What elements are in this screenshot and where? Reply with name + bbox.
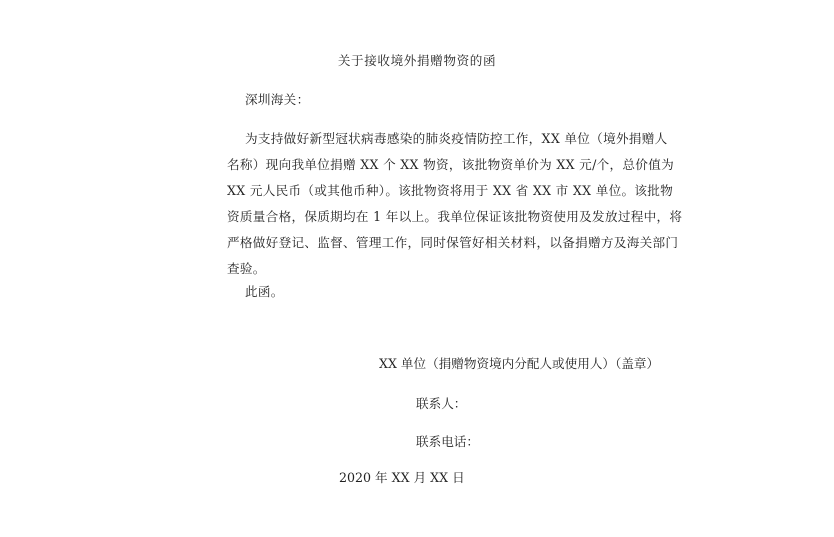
closing-remark: 此函。 — [245, 281, 284, 300]
salutation: 深圳海关： — [245, 89, 309, 108]
body-line: 名称）现向我单位捐赠 XX 个 XX 物资，该批物资单价为 XX 元/个，总价值… — [227, 154, 674, 173]
body-line: 资质量合格，保质期均在 1 年以上。我单位保证该批物资使用及发放过程中，将 — [227, 206, 682, 225]
body-line: 查验。 — [227, 258, 266, 277]
contact-phone-label: 联系电话： — [416, 431, 479, 450]
body-line: 严格做好登记、监督、管理工作，同时保管好相关材料，以备捐赠方及海关部门 — [227, 232, 678, 251]
signature-unit: XX 单位（捐赠物资境内分配人或使用人）（盖章） — [379, 353, 659, 372]
contact-person-label: 联系人： — [416, 393, 466, 412]
signature-date: 2020 年 XX 月 XX 日 — [339, 467, 465, 486]
body-line: 为支持做好新型冠状病毒感染的肺炎疫情防控工作，XX 单位（境外捐赠人 — [245, 128, 668, 147]
document-title: 关于接收境外捐赠物资的函 — [0, 50, 834, 69]
body-line: XX 元人民币（或其他币种）。该批物资将用于 XX 省 XX 市 XX 单位。该… — [227, 180, 673, 199]
